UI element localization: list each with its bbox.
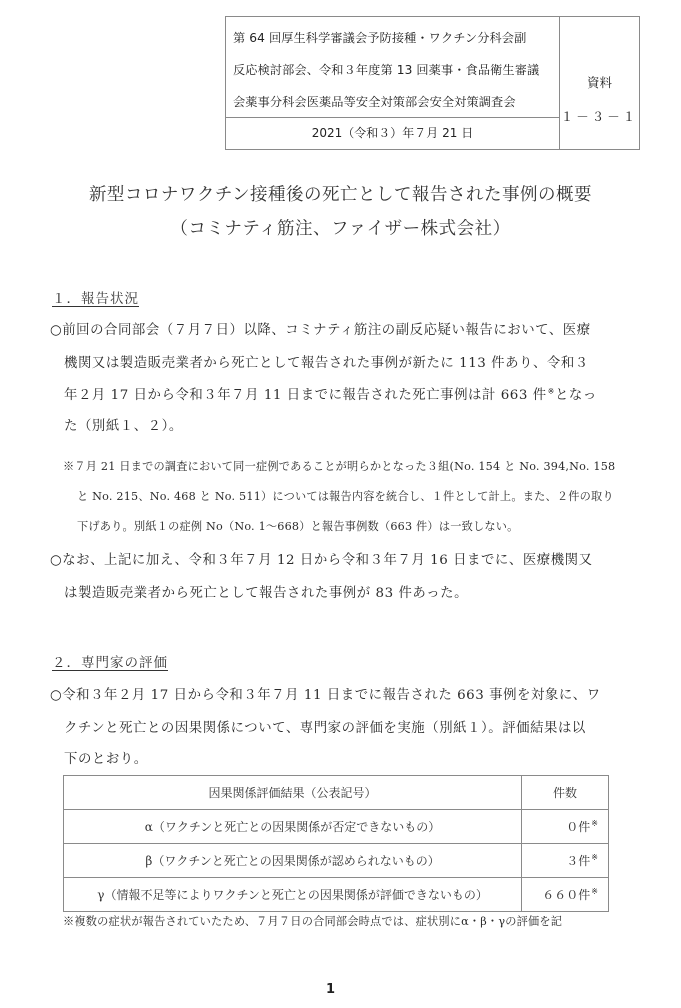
section-1-note-line-1: ※７月 21 日までの調査において同一症例であることが明らかとなった３組(No.… [63,458,615,474]
section-2-heading: ２．専門家の評価 [52,651,168,671]
causality-evaluation-table: 因果関係評価結果（公表記号） 件数 α（ワクチンと死亡との因果関係が否定できない… [63,775,609,912]
asterisk-mark: ※ [548,387,555,396]
section-2-para-line-1: ○令和３年２月 17 日から令和３年７月 11 日までに報告された 663 事例… [50,684,601,703]
section-1-note-line-2: と No. 215、No. 468 と No. 511）については報告内容を統合… [77,488,614,504]
section-1-para-1-line-3: 年２月 17 日から令和３年７月 11 日までに報告された死亡事例は計 663 … [64,384,597,403]
row-label-alpha: α（ワクチンと死亡との因果関係が否定できないもの） [64,810,522,844]
meeting-info-cell: 第 64 回厚生科学審議会予防接種・ワクチン分科会副 反応検討部会、令和３年度第… [226,17,560,149]
row-label-beta: β（ワクチンと死亡との因果関係が認められないもの） [64,844,522,878]
page-title: 新型コロナワクチン接種後の死亡として報告された事例の概要 [0,181,681,206]
column-header-result: 因果関係評価結果（公表記号） [64,776,522,810]
row-count-alpha: ０件※ [522,810,609,844]
section-1-note-line-3: 下げあり。別紙１の症例 No（No. 1～668）と報告事例数（663 件）は一… [77,518,519,534]
section-1-para-2-line-1: ○なお、上記に加え、令和３年７月 12 日から令和３年７月 16 日までに、医療… [50,549,593,568]
count: ６６０件 [542,888,590,902]
asterisk-mark: ※ [591,853,598,862]
asterisk-mark: ※ [591,887,598,896]
meeting-name: 第 64 回厚生科学審議会予防接種・ワクチン分科会副 反応検討部会、令和３年度第… [226,17,559,118]
count: ０件 [566,820,590,834]
count: ３件 [566,854,590,868]
text: となっ [555,388,597,403]
meeting-line-2: 反応検討部会、令和３年度第 13 回薬事・食品衛生審議 [233,54,559,86]
meeting-line-1: 第 64 回厚生科学審議会予防接種・ワクチン分科会副 [233,22,559,54]
document-header-box: 第 64 回厚生科学審議会予防接種・ワクチン分科会副 反応検討部会、令和３年度第… [225,16,640,150]
document-label: 資料 [560,73,639,91]
document-number: １－３－１ [560,107,639,125]
meeting-date: 2021（令和３）年７月 21 日 [226,118,559,150]
table-header-row: 因果関係評価結果（公表記号） 件数 [64,776,609,810]
section-2-para-line-3: 下のとおり。 [64,748,148,767]
document-number-cell: 資料 １－３－１ [560,17,639,149]
section-1-para-1-line-4: た（別紙１、２）。 [64,415,183,434]
row-label-gamma: γ（情報不足等によりワクチンと死亡との因果関係が評価できないもの） [64,878,522,912]
table-footnote: ※複数の症状が報告されていたため、７月７日の合同部会時点では、症状別にα・β・γ… [63,913,562,929]
meeting-line-3: 会薬事分科会医薬品等安全対策部会安全対策調査会 [233,86,559,118]
text: 年２月 17 日から令和３年７月 11 日までに報告された死亡事例は計 663 … [64,388,547,403]
row-count-beta: ３件※ [522,844,609,878]
section-1-para-1-line-2: 機関又は製造販売業者から死亡として報告された事例が新たに 113 件あり、令和３ [64,352,589,371]
section-1-para-1-line-1: ○前回の合同部会（７月７日）以降、コミナティ筋注の副反応疑い報告において、医療 [50,319,591,338]
section-2-para-line-2: クチンと死亡との因果関係について、専門家の評価を実施（別紙１）。評価結果は以 [64,717,586,736]
page-number: 1 [326,982,335,997]
row-count-gamma: ６６０件※ [522,878,609,912]
asterisk-mark: ※ [591,819,598,828]
column-header-count: 件数 [522,776,609,810]
table-row: β（ワクチンと死亡との因果関係が認められないもの） ３件※ [64,844,609,878]
table-row: α（ワクチンと死亡との因果関係が否定できないもの） ０件※ [64,810,609,844]
section-1-heading: １．報告状況 [52,287,139,307]
section-1-para-2-line-2: は製造販売業者から死亡として報告された事例が 83 件あった。 [64,582,468,601]
page-subtitle: （コミナティ筋注、ファイザー株式会社） [0,215,681,240]
table-row: γ（情報不足等によりワクチンと死亡との因果関係が評価できないもの） ６６０件※ [64,878,609,912]
